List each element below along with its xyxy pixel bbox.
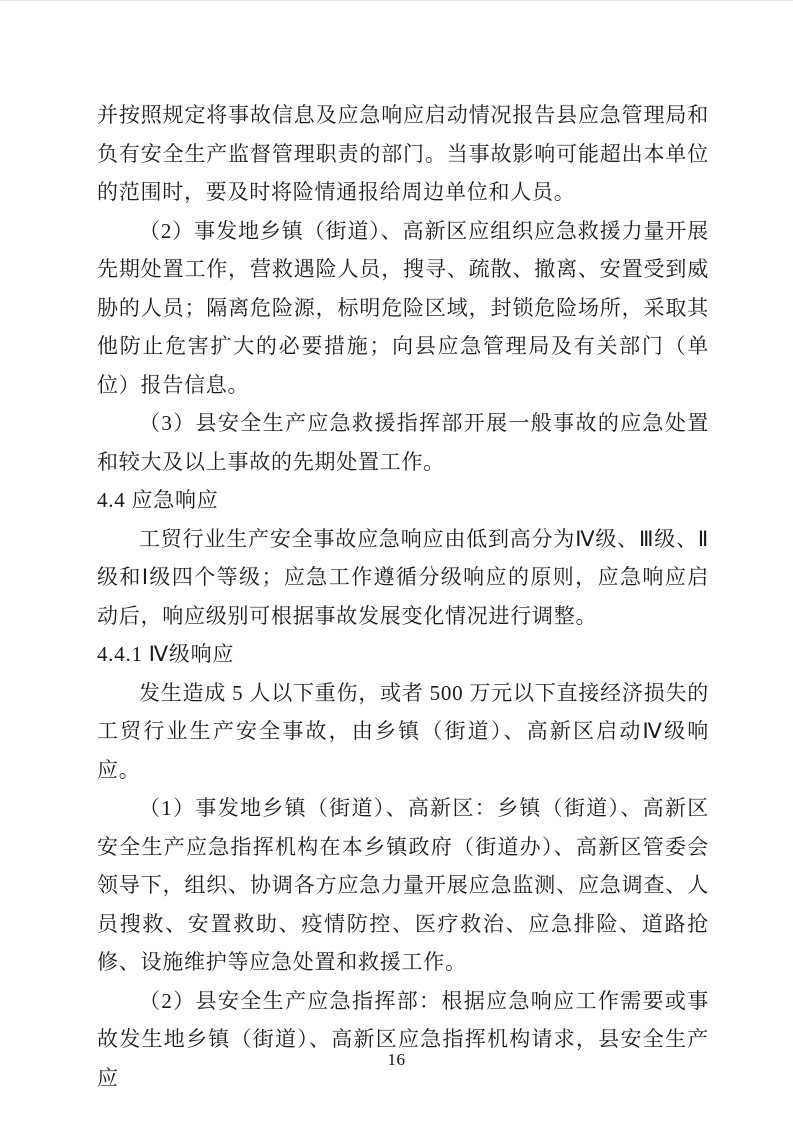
paragraph: （1）事发地乡镇（街道）、高新区：乡镇（街道）、高新区安全生产应急指挥机构在本乡… — [97, 789, 709, 982]
page-body-text: 并按照规定将事故信息及应急响应启动情况报告县应急管理局和负有安全生产监督管理职责… — [97, 96, 709, 1097]
paragraph: 工贸行业生产安全事故应急响应由低到高分为Ⅳ级、Ⅲ级、Ⅱ级和Ⅰ级四个等级；应急工作… — [97, 520, 709, 636]
page-number: 16 — [0, 1050, 793, 1070]
paragraph: （3）县安全生产应急救援指挥部开展一般事故的应急处置和较大及以上事故的先期处置工… — [97, 404, 709, 481]
paragraph: 发生造成 5 人以下重伤，或者 500 万元以下直接经济损失的工贸行业生产安全事… — [97, 674, 709, 790]
paragraph: （2）事发地乡镇（街道）、高新区应组织应急救援力量开展先期处置工作，营救遇险人员… — [97, 212, 709, 405]
section-heading-4-4-1: 4.4.1 Ⅳ级响应 — [97, 635, 709, 674]
section-heading-4-4: 4.4 应急响应 — [97, 481, 709, 520]
paragraph: 并按照规定将事故信息及应急响应启动情况报告县应急管理局和负有安全生产监督管理职责… — [97, 96, 709, 212]
paragraph: （2）县安全生产应急指挥部：根据应急响应工作需要或事故发生地乡镇（街道）、高新区… — [97, 982, 709, 1098]
document-page: 并按照规定将事故信息及应急响应启动情况报告县应急管理局和负有安全生产监督管理职责… — [0, 0, 793, 1122]
